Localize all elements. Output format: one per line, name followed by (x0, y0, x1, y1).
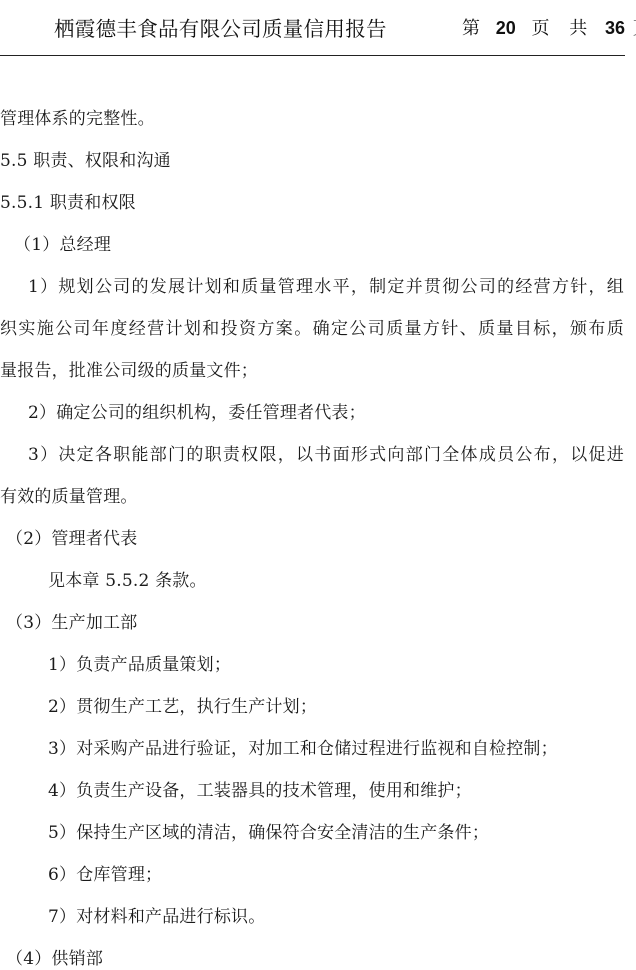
list-item-prod-4: 4）负责生产设备，工装器具的技术管理，使用和维护； (48, 776, 472, 806)
list-item-prod-6: 6）仓库管理； (48, 860, 162, 890)
page-prefix: 第 (462, 14, 480, 40)
subsection-heading-5-5-1: 5.5.1 职责和权限 (0, 188, 136, 218)
management-rep-reference: 见本章 5.5.2 条款。 (48, 566, 207, 596)
role-heading-production-dept: （3）生产加工部 (6, 608, 137, 638)
list-item-gm-1-end: 量报告，批准公司级的质量文件； (0, 356, 258, 386)
role-heading-supply-sales-dept: （4）供销部 (6, 944, 103, 970)
list-item-gm-1: 1）规划公司的发展计划和质量管理水平，制定并贯彻公司的经营方针，组 (28, 272, 624, 302)
page-header: 栖霞德丰食品有限公司质量信用报告 第 20 页 共 36 页 (0, 0, 636, 57)
list-item-prod-3: 3）对采购产品进行验证，对加工和仓储过程进行监视和自检控制； (48, 734, 558, 764)
text-line-continuation: 管理体系的完整性。 (0, 104, 155, 134)
total-prefix: 共 (569, 14, 587, 40)
role-heading-general-manager: （1）总经理 (14, 230, 111, 260)
current-page-number: 20 (496, 18, 516, 39)
list-item-gm-1-cont: 织实施公司年度经营计划和投资方案。确定公司质量方针、质量目标，颁布质 (0, 314, 624, 344)
list-item-prod-2: 2）贯彻生产工艺，执行生产计划； (48, 692, 317, 722)
list-item-prod-5: 5）保持生产区域的清洁，确保符合安全清洁的生产条件； (48, 818, 489, 848)
page-mid-label: 页 (532, 14, 550, 40)
report-title: 栖霞德丰食品有限公司质量信用报告 (54, 12, 387, 42)
role-heading-management-rep: （2）管理者代表 (6, 524, 137, 554)
list-item-prod-1: 1）负责产品质量策划； (48, 650, 231, 680)
page-counter: 第 20 页 共 36 页 (462, 14, 636, 40)
list-item-gm-3-end: 有效的质量管理。 (0, 482, 138, 512)
list-item-gm-3: 3）决定各职能部门的职责权限，以书面形式向部门全体成员公布，以促进 (28, 440, 624, 470)
list-item-prod-7: 7）对材料和产品进行标识。 (48, 902, 265, 932)
total-pages-number: 36 (605, 18, 625, 39)
list-item-gm-2: 2）确定公司的组织机构，委任管理者代表； (28, 398, 366, 428)
header-divider (0, 55, 625, 56)
section-heading-5-5: 5.5 职责、权限和沟通 (0, 146, 171, 176)
